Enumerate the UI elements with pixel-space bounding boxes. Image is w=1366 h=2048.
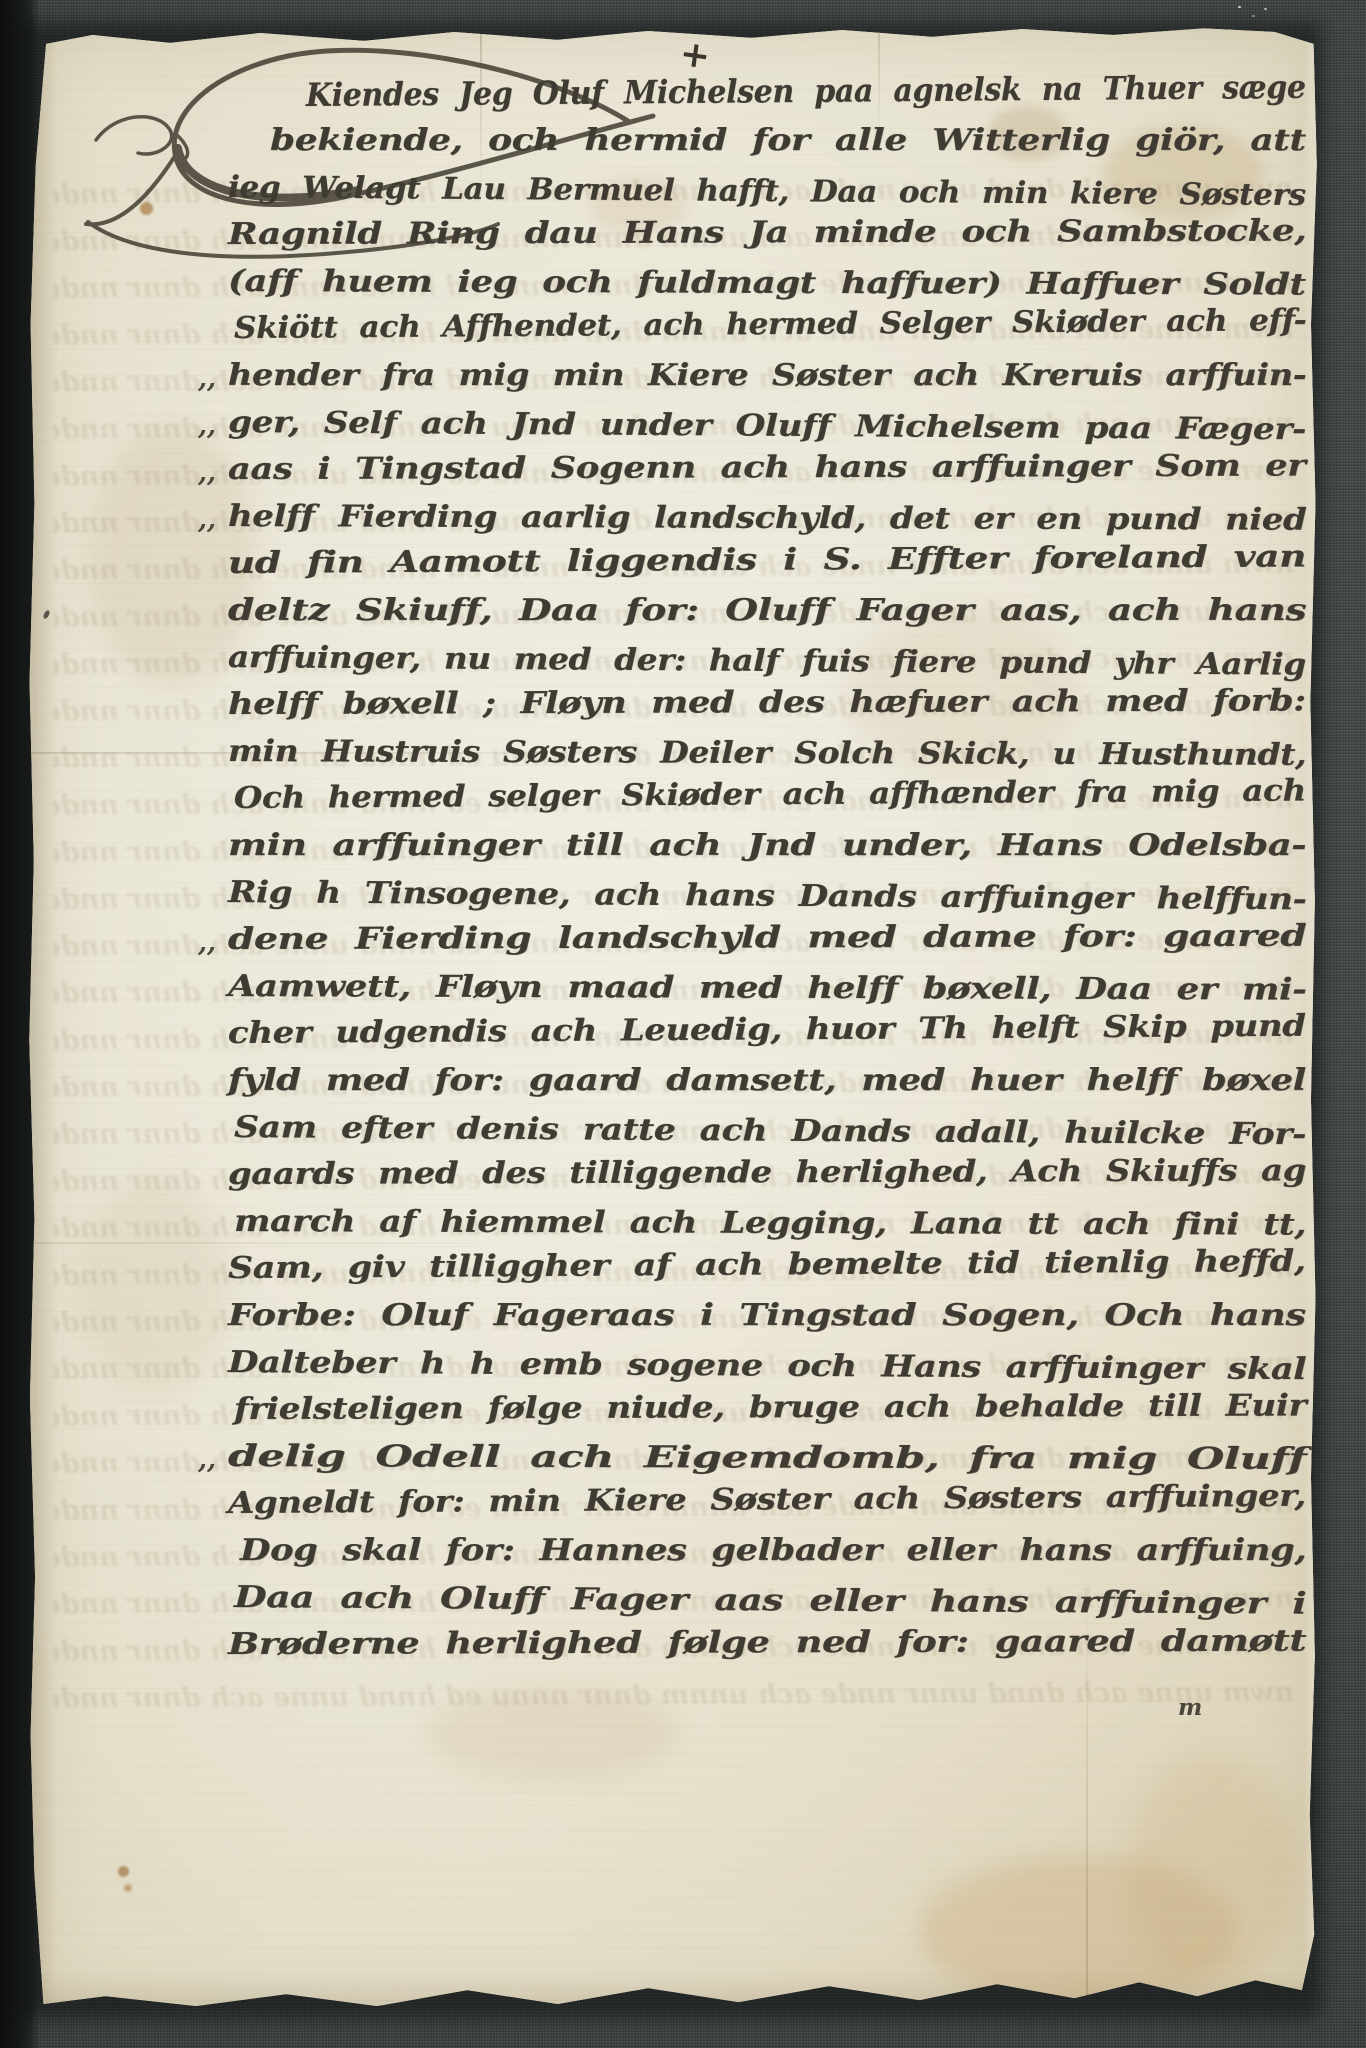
- ditto-mark: ,,: [198, 411, 216, 441]
- manuscript-line-text: helff Fierding aarlig landschyld, det er…: [228, 499, 1307, 538]
- manuscript-line-text: gaards med des tilliggende herlighed, Ac…: [228, 1153, 1306, 1192]
- manuscript-line-text: Kiendes Jeg Oluf Michelsen paa agnelsk n…: [306, 68, 1306, 114]
- ditto-mark: ,,: [198, 458, 216, 488]
- manuscript-page: nwm unne ach dnnd unnr nnde ach unnm dnn…: [28, 26, 1320, 2014]
- manuscript-line-text: Aamwett, Fløyn maad med helff bøxell, Da…: [228, 969, 1307, 1008]
- manuscript-line-text: fyld med for: gaard damsett, med huer he…: [228, 1063, 1306, 1098]
- manuscript-line: Och hermed selger Skiøder ach affhænder …: [234, 781, 1324, 828]
- manuscript-line-text: Brøderne herlighed følge ned for: gaared…: [228, 1624, 1306, 1662]
- dust-specks: [1238, 6, 1241, 8]
- manuscript-line-text: (aff huem ieg och fuldmagt haffuer) Haff…: [228, 264, 1306, 302]
- manuscript-line-text: Dalteber h h emb sogene och Hans arffuin…: [228, 1345, 1307, 1387]
- manuscript-line: Ragnild Ring dau Hans Ja minde och Sambs…: [228, 217, 1318, 264]
- manuscript-line-text: Sam, giv tilliggher af ach bemelte tid t…: [228, 1244, 1306, 1286]
- manuscript-line-text: arffuinger, nu med der: half fuis fiere …: [228, 640, 1306, 683]
- manuscript-line-text: ud fin Aamott liggendis i S. Effter fore…: [228, 539, 1306, 581]
- manuscript-line-text: ger, Self ach Jnd under Oluff Michelsem …: [228, 405, 1306, 447]
- manuscript-photo: nwm unne ach dnnd unnr nnde ach unnm dnn…: [0, 0, 1366, 2048]
- manuscript-line-text: delig Odell ach Eigemdomb, fra mig Oluff: [228, 1439, 1306, 1477]
- ditto-mark: ,,: [198, 1445, 216, 1475]
- cross-mark: +: [677, 32, 713, 78]
- catchword: m: [1178, 1694, 1202, 1721]
- manuscript-line: frielsteligen følge niude, bruge ach beh…: [234, 1392, 1324, 1439]
- manuscript-line: Rig h Tinsogene, ach hans Dands arffuing…: [228, 875, 1318, 922]
- manuscript-line-text: march af hiemmel ach Legging, Lana tt ac…: [234, 1204, 1306, 1243]
- manuscript-line: min arffuinger till ach Jnd under, Hans …: [228, 828, 1318, 875]
- manuscript-line-text: min arffuinger till ach Jnd under, Hans …: [228, 828, 1306, 863]
- stain: [428, 1686, 678, 1781]
- stain: [918, 1856, 1238, 2006]
- stain: [140, 202, 153, 215]
- manuscript-line: Kiendes Jeg Oluf Michelsen paa agnelsk n…: [306, 76, 1366, 123]
- manuscript-line: ,,dene Fierding landschyld med dame for:…: [228, 922, 1318, 969]
- manuscript-line-text: Daa ach Oluff Fager aas eller hans arffu…: [234, 1580, 1307, 1622]
- manuscript-line: Brøderne herlighed følge ned for: gaared…: [228, 1627, 1318, 1674]
- stain: [1128, 1756, 1298, 1986]
- manuscript-line: gaards med des tilliggende herlighed, Ac…: [228, 1157, 1318, 1204]
- manuscript-line-text: min Hustruis Søsters Deiler Solch Skick,…: [228, 734, 1306, 773]
- manuscript-line-text: Agneldt for: min Kiere Søster ach Søster…: [228, 1479, 1306, 1521]
- bleedthrough-line: nwm unne ach dnnd unnr nnde ach unnm dnn…: [54, 1677, 1294, 1714]
- manuscript-line: fyld med for: gaard damsett, med huer he…: [228, 1063, 1318, 1110]
- manuscript-line-text: aas i Tingstad Sogenn ach hans arffuinge…: [228, 448, 1306, 487]
- manuscript-line-text: Och hermed selger Skiøder ach affhænder …: [234, 773, 1306, 816]
- manuscript-line-text: helff bøxell ; Fløyn med des hæfuer ach …: [228, 683, 1306, 722]
- manuscript-line: ,,ger, Self ach Jnd under Oluff Michelse…: [228, 405, 1318, 452]
- manuscript-line: Forbe: Oluf Fageraas i Tingstad Sogen, O…: [228, 1298, 1318, 1345]
- manuscript-line-text: Forbe: Oluf Fageraas i Tingstad Sogen, O…: [228, 1298, 1306, 1333]
- manuscript-line-text: hender fra mig min Kiere Søster ach Krer…: [228, 358, 1306, 393]
- ditto-mark: ,,: [198, 928, 216, 958]
- manuscript-line: arffuinger, nu med der: half fuis fiere …: [228, 640, 1318, 687]
- manuscript-line: Agneldt for: min Kiere Søster ach Søster…: [228, 1486, 1318, 1533]
- manuscript-line: ,,hender fra mig min Kiere Søster ach Kr…: [228, 358, 1318, 405]
- stain: [124, 1884, 132, 1892]
- manuscript-line-text: ieg Welagt Lau Bermuel hafft, Daa och mi…: [228, 170, 1306, 213]
- manuscript-line: Dalteber h h emb sogene och Hans arffuin…: [228, 1345, 1318, 1392]
- manuscript-line-text: Rig h Tinsogene, ach hans Dands arffuing…: [228, 875, 1307, 917]
- manuscript-line: ,,aas i Tingstad Sogenn ach hans arffuin…: [228, 452, 1318, 499]
- manuscript-line: Sam, giv tilliggher af ach bemelte tid t…: [228, 1251, 1318, 1298]
- manuscript-line: Sam efter denis ratte ach Dands adall, h…: [234, 1110, 1324, 1157]
- manuscript-line: Daa ach Oluff Fager aas eller hans arffu…: [234, 1580, 1324, 1627]
- ditto-mark: ,,: [198, 505, 216, 535]
- handwritten-text-block: Kiendes Jeg Oluf Michelsen paa agnelsk n…: [228, 76, 1318, 1674]
- stain: [118, 1866, 129, 1877]
- manuscript-line-text: cher udgendis ach Leuedig, huor Th helft…: [228, 1009, 1306, 1051]
- manuscript-line: cher udgendis ach Leuedig, huor Th helft…: [228, 1016, 1318, 1063]
- manuscript-line-text: dene Fierding landschyld med dame for: g…: [228, 919, 1306, 957]
- manuscript-line: helff bøxell ; Fløyn med des hæfuer ach …: [228, 687, 1318, 734]
- manuscript-line-text: bekiende, och hermid for alle Witterlig …: [270, 123, 1306, 158]
- ditto-mark: ,,: [198, 364, 216, 394]
- manuscript-line-text: Skiött ach Affhendet, ach hermed Selger …: [234, 303, 1307, 346]
- manuscript-line-text: deltz Skiuff, Daa for: Oluff Fager aas, …: [228, 593, 1306, 628]
- manuscript-line: Skiött ach Affhendet, ach hermed Selger …: [234, 311, 1324, 358]
- manuscript-line-text: Dog skal for: Hannes gelbader eller hans…: [240, 1533, 1306, 1568]
- manuscript-line-text: Sam efter denis ratte ach Dands adall, h…: [234, 1110, 1306, 1152]
- margin-ink-stroke: [42, 609, 51, 619]
- manuscript-line: deltz Skiuff, Daa for: Oluff Fager aas, …: [228, 593, 1318, 640]
- manuscript-line: bekiende, och hermid for alle Witterlig …: [270, 123, 1360, 170]
- manuscript-line: ieg Welagt Lau Bermuel hafft, Daa och mi…: [228, 170, 1318, 217]
- manuscript-line: Dog skal for: Hannes gelbader eller hans…: [240, 1533, 1330, 1580]
- manuscript-line: ud fin Aamott liggendis i S. Effter fore…: [228, 546, 1318, 593]
- stain: [78, 1176, 228, 1396]
- manuscript-line: ,,helff Fierding aarlig landschyld, det …: [228, 499, 1318, 546]
- manuscript-line-text: frielsteligen følge niude, bruge ach beh…: [234, 1388, 1306, 1427]
- manuscript-line-text: Ragnild Ring dau Hans Ja minde och Sambs…: [228, 214, 1306, 252]
